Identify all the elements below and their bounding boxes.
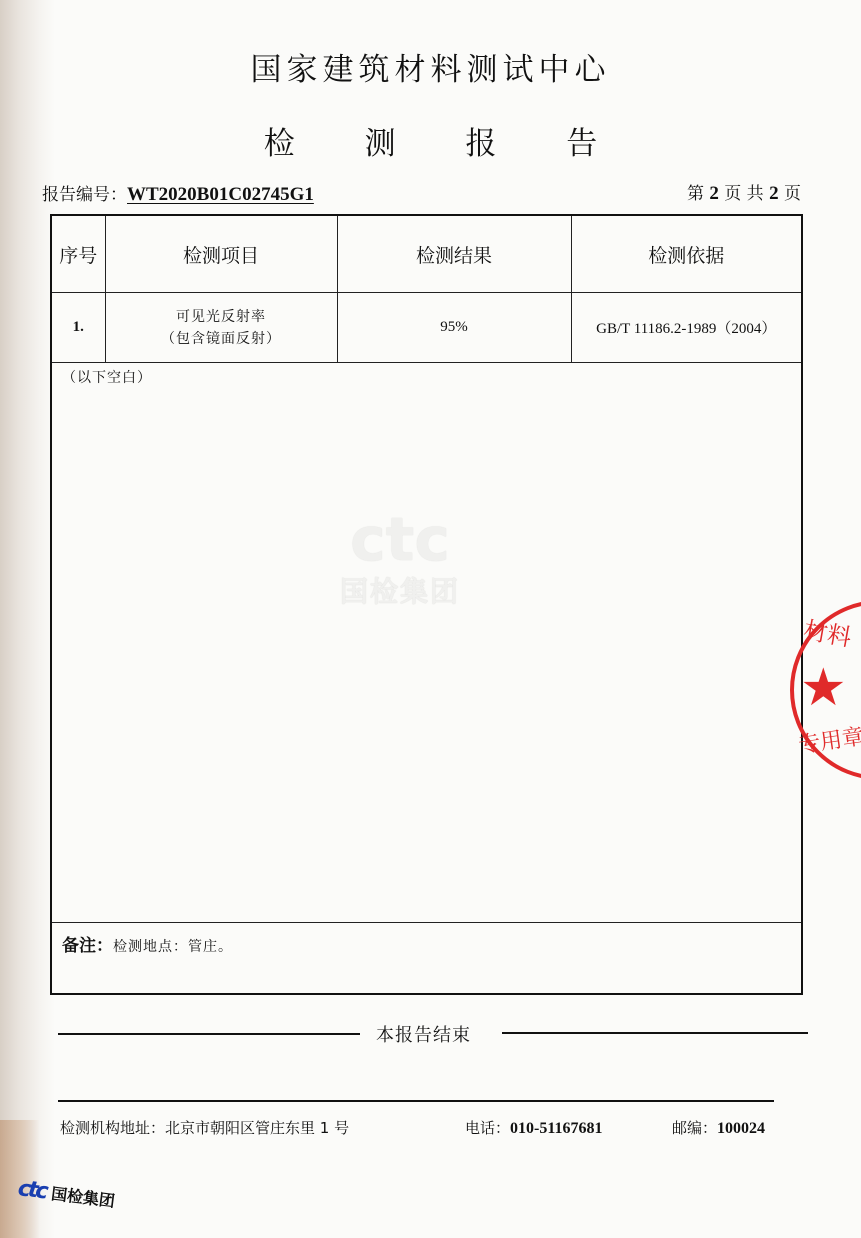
watermark-text: 国检集团: [325, 570, 475, 610]
seal-star-icon: ★: [800, 662, 847, 714]
blank-below-note: （以下空白）: [62, 367, 152, 387]
item-note: （包含镜面反射）: [106, 328, 337, 350]
divider-right: [502, 1032, 808, 1034]
page-total: 2: [769, 183, 779, 204]
report-number-label: 报告编号：: [42, 185, 127, 205]
phone-value: 010-51167681: [510, 1120, 602, 1137]
watermark-logo-icon: ctc: [325, 510, 475, 570]
cell-seq: 1.: [52, 293, 105, 363]
end-of-report: 本报告结束: [58, 1021, 808, 1045]
cell-basis: GB/T 11186.2-1989（2004）: [571, 293, 801, 363]
address-label: 检测机构地址：: [60, 1119, 165, 1137]
results-table: 序号 检测项目 检测结果 检测依据 1. 可见光反射率 （包含镜面反射） 95%…: [52, 216, 801, 363]
footer-zip: 邮编：100024: [672, 1117, 765, 1138]
phone-label: 电话：: [465, 1119, 510, 1137]
remarks-text: 检测地点：管庄。: [113, 939, 233, 955]
column-header-item: 检测项目: [105, 216, 337, 293]
end-of-report-text: 本报告结束: [376, 1021, 471, 1047]
address-value: 北京市朝阳区管庄东里 1 号: [165, 1119, 349, 1137]
document-title: 检 测 报 告: [0, 118, 861, 163]
footer-phone: 电话：010-51167681: [465, 1117, 602, 1138]
page-mid: 页 共: [724, 184, 763, 204]
table-header-row: 序号 检测项目 检测结果 检测依据: [52, 216, 801, 293]
page-prefix: 第: [687, 184, 704, 204]
seal-bottom-text: 专用章: [796, 720, 861, 760]
table-row: 1. 可见光反射率 （包含镜面反射） 95% GB/T 11186.2-1989…: [52, 293, 801, 363]
column-header-result: 检测结果: [337, 216, 571, 293]
cell-result: 95%: [337, 293, 571, 363]
zip-value: 100024: [717, 1120, 765, 1137]
page-current: 2: [709, 183, 719, 204]
remarks-label: 备注：: [62, 936, 113, 956]
seal-top-text: 材料: [801, 610, 854, 653]
report-number-value: WT2020B01C02745G1: [127, 184, 314, 205]
footer-address: 检测机构地址：北京市朝阳区管庄东里 1 号: [60, 1117, 349, 1138]
column-header-basis: 检测依据: [571, 216, 801, 293]
column-header-seq: 序号: [52, 216, 105, 293]
remarks-section: 备注：检测地点：管庄。: [52, 922, 801, 995]
divider-left: [58, 1033, 360, 1035]
organization-title: 国家建筑材料测试中心: [0, 44, 861, 89]
cell-item: 可见光反射率 （包含镜面反射）: [105, 293, 337, 363]
brand-name: 国检集团: [50, 1181, 116, 1212]
footer-divider: [58, 1100, 774, 1102]
item-name: 可见光反射率: [106, 306, 337, 328]
page-indicator: 第 2 页 共 2 页: [687, 179, 801, 205]
ctc-logo-icon: ctc: [16, 1176, 46, 1204]
page-suffix: 页: [784, 184, 801, 204]
watermark: ctc 国检集团: [325, 510, 475, 610]
report-number: 报告编号：WT2020B01C02745G1: [42, 180, 314, 206]
zip-label: 邮编：: [672, 1119, 717, 1137]
